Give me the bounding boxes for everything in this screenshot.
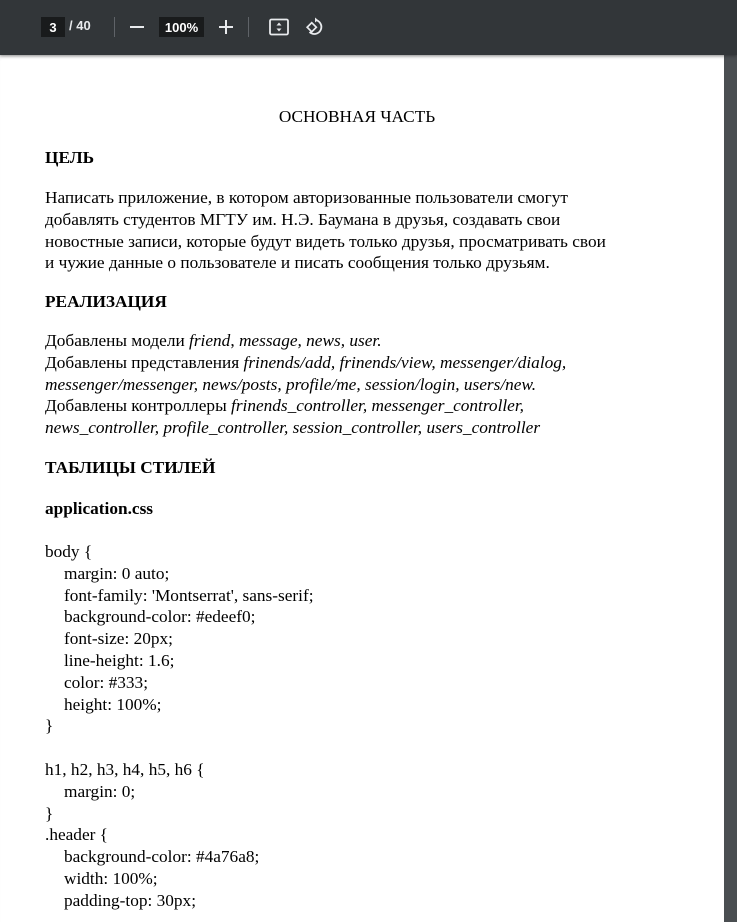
code-block: body {margin: 0 auto;font-family: 'Monts… [45,541,314,912]
zoom-out-button[interactable] [124,14,150,40]
toolbar-divider [114,17,115,37]
fit-to-page-icon [269,18,289,36]
views-label: Добавлены представления [45,353,244,372]
goal-line: и чужие данные о пользователе и писать с… [45,252,685,274]
view-names: messenger/messenger, news/posts, profile… [45,375,536,394]
view-names: frinends/add, frinends/view, messenger/d… [244,353,567,372]
code-line: background-color: #edeef0; [45,606,314,628]
controllers-line: news_controller, profile_controller, ses… [45,417,685,439]
implementation-paragraph: Добавлены модели friend, message, news, … [45,330,685,439]
code-line: } [45,715,314,737]
goal-paragraph: Написать приложение, в котором авторизов… [45,187,685,274]
model-names: message, news, user. [239,331,382,350]
models-line: Добавлены модели friend, message, news, … [45,330,685,352]
zoom-level-input[interactable]: 100% [159,17,204,37]
code-line: margin: 0; [45,781,314,803]
viewer-scrollbar[interactable] [724,55,737,922]
implementation-heading: РЕАЛИЗАЦИЯ [45,291,167,313]
controllers-line: Добавлены контроллеры frinends_controlle… [45,395,685,417]
page-number-input[interactable]: 3 [41,17,65,37]
views-line: Добавлены представления frinends/add, fr… [45,352,685,374]
controllers-label: Добавлены контроллеры [45,396,231,415]
code-line: font-family: 'Montserrat', sans-serif; [45,585,314,607]
controller-names: news_controller, profile_controller, ses… [45,418,540,437]
model-name: friend [189,331,230,350]
pdf-toolbar: 3 / 40 100% [0,0,737,55]
goal-heading: ЦЕЛЬ [45,147,94,169]
goal-line: Написать приложение, в котором авторизов… [45,187,685,209]
code-line: line-height: 1.6; [45,650,314,672]
stylesheets-heading: ТАБЛИЦЫ СТИЛЕЙ [45,457,215,479]
code-line: color: #333; [45,672,314,694]
controller-names: frinends_controller, messenger_controlle… [231,396,524,415]
plus-icon [219,20,233,34]
code-line: font-size: 20px; [45,628,314,650]
separator: , [230,331,239,350]
code-line: h1, h2, h3, h4, h5, h6 { [45,759,314,781]
fit-to-page-button[interactable] [266,14,292,40]
code-line: background-color: #4a76a8; [45,846,314,868]
models-label: Добавлены модели [45,331,189,350]
zoom-in-button[interactable] [213,14,239,40]
pdf-page: ОСНОВНАЯ ЧАСТЬ ЦЕЛЬ Написать приложение,… [0,55,724,922]
toolbar-divider [248,17,249,37]
rotate-icon [305,17,325,37]
filename-heading: application.css [45,498,153,520]
rotate-button[interactable] [302,14,328,40]
code-line: width: 100%; [45,868,314,890]
code-line: .header { [45,824,314,846]
page-total-label: / 40 [69,18,91,33]
goal-line: новостные записи, которые будут видеть т… [45,231,685,253]
code-line: margin: 0 auto; [45,563,314,585]
goal-line: добавлять студентов МГТУ им. Н.Э. Бауман… [45,209,685,231]
views-line: messenger/messenger, news/posts, profile… [45,374,685,396]
code-line: padding-top: 30px; [45,890,314,912]
minus-icon [130,20,144,34]
section-title: ОСНОВНАЯ ЧАСТЬ [45,106,669,128]
code-line [45,737,314,759]
code-line: } [45,803,314,825]
code-line: body { [45,541,314,563]
code-line: height: 100%; [45,694,314,716]
